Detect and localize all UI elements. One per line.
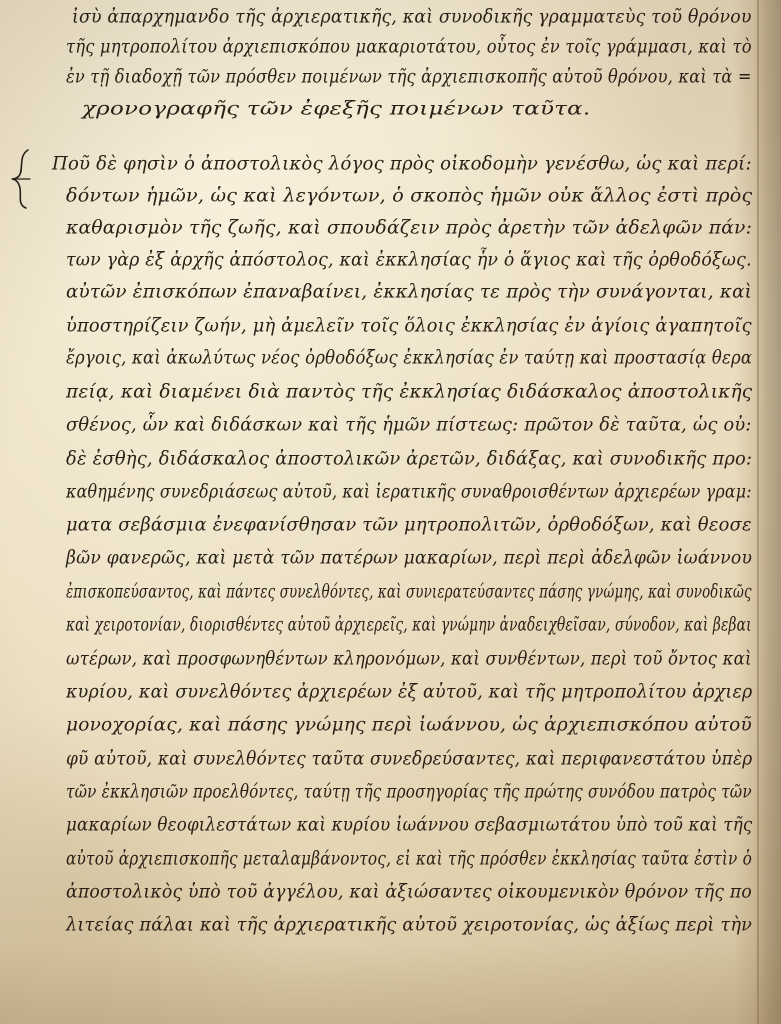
manuscript-line: τῶν ἐκκλησιῶν προελθόντες, ταύτῃ τῆς προ… — [66, 783, 752, 802]
manuscript-line: πείᾳ, καὶ διαμένει διὰ παντὸς τῆς ἐκκλησ… — [66, 383, 752, 402]
manuscript-line: αὐτοῦ ἀρχιεπισκοπῆς μεταλαμβάνοντος, εἰ … — [66, 850, 752, 869]
manuscript-line: μονοχορίας, καὶ πάσης γνώμης περὶ ἰωάννο… — [66, 716, 752, 735]
manuscript-line: ἔργοις, καὶ ἀκωλύτως νέος ὀρθοδόξως ἐκκλ… — [66, 349, 752, 368]
manuscript-line: μακαρίων θεοφιλεστάτων καὶ κυρίου ἰωάννο… — [66, 816, 752, 835]
manuscript-line: καθημένης συνεδριάσεως αὐτοῦ, καὶ ἱερατι… — [66, 483, 752, 502]
manuscript-line: ἐν τῇ διαδοχῇ τῶν πρόσθεν ποιμένων τῆς ἀ… — [66, 68, 752, 87]
manuscript-line: δόντων ἡμῶν, ὡς καὶ λεγόντων, ὁ σκοπὸς ἡ… — [66, 187, 752, 206]
manuscript-text: ἰσὺ ἀπαρχημανδο τῆς ἀρχιερατικῆς, καὶ συ… — [0, 0, 781, 1024]
manuscript-line: καὶ χειροτονίαν, διορισθέντες αὐτοῦ ἀρχι… — [66, 616, 752, 635]
manuscript-line: φῦ αὐτοῦ, καὶ συνελθόντες ταῦτα συνεδρεύ… — [66, 750, 752, 769]
manuscript-line: ἀποστολικὸς ὑπὸ τοῦ ἀγγέλου, καὶ ἀξιώσαν… — [66, 883, 752, 902]
manuscript-line: καθαρισμὸν τῆς ζωῆς, καὶ σπουδάζειν πρὸς… — [66, 219, 752, 238]
manuscript-line: βῶν φανερῶς, καὶ μετὰ τῶν πατέρων μακαρί… — [66, 549, 752, 568]
manuscript-line: ἰσὺ ἀπαρχημανδο τῆς ἀρχιερατικῆς, καὶ συ… — [72, 8, 752, 27]
manuscript-line: σθένος, ὧν καὶ διδάσκων καὶ τῆς ἡμῶν πίσ… — [66, 416, 752, 435]
manuscript-line: κυρίου, καὶ συνελθόντες ἀρχιερέων ἐξ αὐτ… — [66, 683, 752, 702]
manuscript-line: δὲ ἐσθὴς, διδάσκαλος ἀποστολικῶν ἀρετῶν,… — [66, 450, 752, 469]
manuscript-line: τῆς μητροπολίτου ἀρχιεπισκόπου μακαριοτά… — [66, 38, 752, 57]
manuscript-line: ματα σεβάσμια ἐνεφανίσθησαν τῶν μητροπολ… — [66, 516, 752, 535]
manuscript-line: χρονογραφῆς τῶν ἐφεξῆς ποιμένων ταῦτα. — [82, 100, 591, 119]
manuscript-line: αὐτῶν ἐπισκόπων ἐπαναβαίνει, ἐκκλησίας τ… — [66, 283, 752, 302]
manuscript-page: ἰσὺ ἀπαρχημανδο τῆς ἀρχιερατικῆς, καὶ συ… — [0, 0, 781, 1024]
manuscript-line: των γὰρ ἐξ ἀρχῆς ἀπόστολος, καὶ ἐκκλησία… — [66, 251, 752, 270]
manuscript-line: λιτείας πάλαι καὶ τῆς ἀρχιερατικῆς αὐτοῦ… — [66, 916, 752, 935]
manuscript-line: ωτέρων, καὶ προσφωνηθέντων κληρονόμων, κ… — [66, 650, 752, 669]
manuscript-line: ἐπισκοπεύσαντος, καὶ πάντες συνελθόντες,… — [66, 583, 752, 602]
manuscript-line: ὑποστηρίζειν ζωήν, μὴ ἀμελεῖν τοῖς ὅλοις… — [66, 317, 752, 336]
manuscript-line: Ποῦ δὲ φησὶν ὁ ἀποστολικὸς λόγος πρὸς οἰ… — [52, 155, 752, 174]
